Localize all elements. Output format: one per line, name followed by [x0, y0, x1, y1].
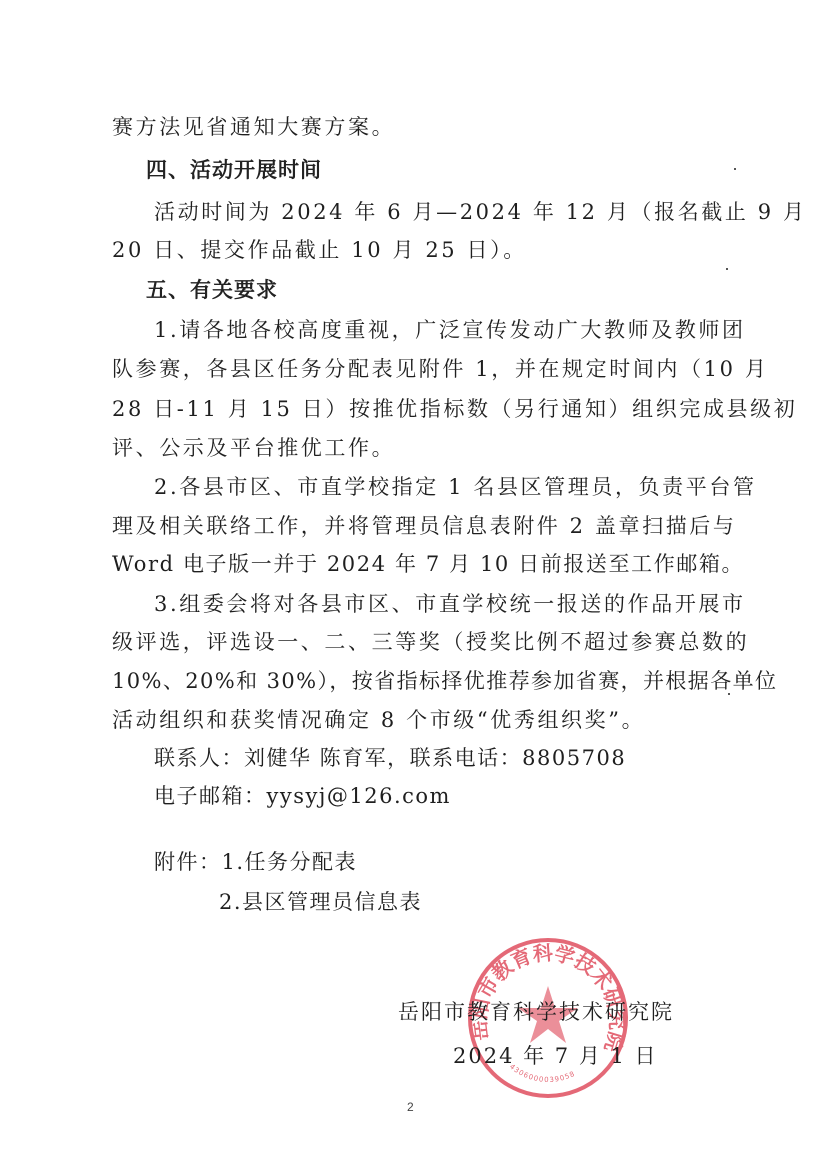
scan-speck [726, 268, 728, 270]
section-heading-activity-time: 四、活动开展时间 [146, 157, 322, 183]
scan-speck [734, 168, 736, 170]
signature-date: 2024 年 7 月 1 日 [453, 1040, 658, 1070]
paragraph-line: 级评选，评选设一、二、三等奖（授奖比例不超过参赛总数的 [112, 629, 749, 655]
paragraph-line: 3.组委会将对各县市区、市直学校统一报送的作品开展市 [154, 591, 746, 617]
paragraph-line: 活动组织和获奖情况确定 8 个市级“优秀组织奖”。 [112, 707, 645, 733]
page-number: 2 [407, 1100, 414, 1114]
paragraph-line: 1.请各地各校高度重视，广泛宣传发动广大教师及教师团 [154, 317, 746, 343]
paragraph-line: 2.各县市区、市直学校指定 1 名县区管理员，负责平台管 [154, 474, 757, 500]
section-heading-requirements: 五、有关要求 [146, 277, 278, 303]
attachment-line: 2.县区管理员信息表 [219, 889, 422, 915]
email-line: 电子邮箱：yysyj@126.com [154, 783, 451, 809]
paragraph-line: 评、公示及平台推优工作。 [112, 435, 395, 461]
paragraph-line: 理及相关联络工作，并将管理员信息表附件 2 盖章扫描后与 [112, 513, 737, 539]
paragraph-line: 20 日、提交作品截止 10 月 25 日）。 [112, 237, 527, 263]
contact-line: 联系人：刘健华 陈育军，联系电话：8805708 [154, 745, 626, 771]
paragraph-line: Word 电子版一并于 2024 年 7 月 10 日前报送至工作邮箱。 [112, 551, 744, 577]
scan-speck [728, 693, 730, 695]
paragraph-line: 10%、20%和 30%），按省指标择优推荐参加省赛，并根据各单位 [112, 668, 777, 694]
signature-organization: 岳阳市教育科学技术研究院 [398, 996, 674, 1026]
paragraph-line: 28 日-11 月 15 日）按推优指标数（另行通知）组织完成县级初 [112, 396, 797, 422]
paragraph-line: 队参赛，各县区任务分配表见附件 1，并在规定时间内（10 月 [112, 356, 768, 382]
attachment-line: 附件：1.任务分配表 [154, 849, 357, 875]
paragraph-line: 活动时间为 2024 年 6 月—2024 年 12 月（报名截止 9 月 [154, 199, 807, 225]
paragraph-line: 赛方法见省通知大赛方案。 [112, 114, 395, 140]
